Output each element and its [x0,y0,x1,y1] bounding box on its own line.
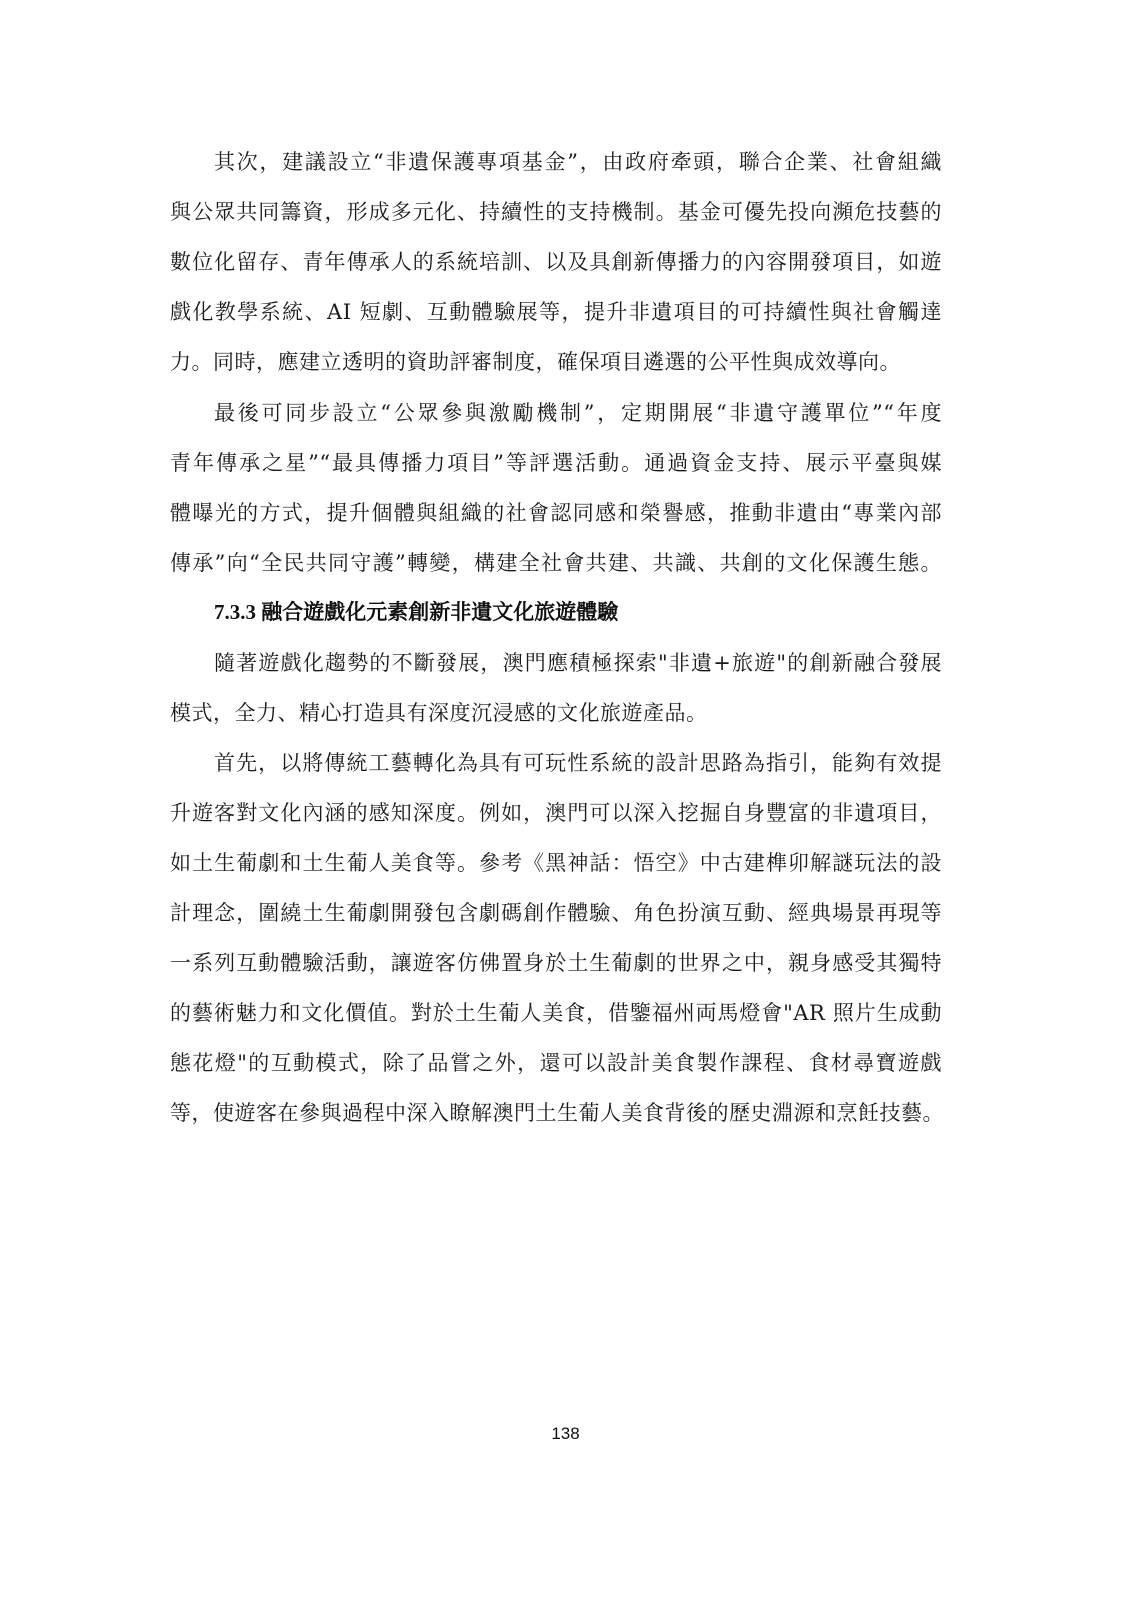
paragraph-1-line-3: 數位化留存、青年傳承人的系統培訓、以及具創新傳播力的內容開發項目，如遊 [170,247,942,277]
section-paragraph-2-line-1: 首先，以將傳統工藝轉化為具有可玩性系統的設計思路為指引，能夠有效提 [214,748,942,778]
section-paragraph-2-line-3: 如土生葡劇和土生葡人美食等。參考《黑神話：悟空》中古建榫卯解謎玩法的設 [170,848,942,878]
paragraph-1-line-2: 與公眾共同籌資，形成多元化、持續性的支持機制。基金可優先投向瀕危技藝的 [170,197,942,227]
paragraph-2-line-2: 青年傳承之星”“最具傳播力項目”等評選活動。通過資金支持、展示平臺與媒 [170,448,942,478]
paragraph-2-line-1: 最後可同步設立“公眾參與激勵機制”，定期開展“非遺守護單位”“年度 [214,398,942,428]
section-paragraph-2-line-8: 等，使遊客在參與過程中深入瞭解澳門土生葡人美食背後的歷史淵源和烹飪技藝。 [170,1098,942,1128]
paragraph-1-line-4: 戲化教學系統、AI 短劇、互動體驗展等，提升非遺項目的可持續性與社會觸達 [170,297,942,327]
section-heading: 7.3.3 融合遊戲化元素創新非遺文化旅遊體驗 [214,597,618,627]
section-paragraph-2-line-4: 計理念，圍繞土生葡劇開發包含劇碼創作體驗、角色扮演互動、經典場景再現等 [170,898,942,928]
section-paragraph-2-line-6: 的藝術魅力和文化價值。對於土生葡人美食，借鑒福州両馬燈會"AR 照片生成動 [170,998,942,1028]
section-paragraph-1-line-2: 模式，全力、精心打造具有深度沉浸感的文化旅遊產品。 [170,698,942,728]
document-page: 其次，建議設立“非遺保護專項基金”，由政府牽頭，聯合企業、社會組織 與公眾共同籌… [0,0,1131,1600]
paragraph-1-line-1: 其次，建議設立“非遺保護專項基金”，由政府牽頭，聯合企業、社會組織 [214,147,942,177]
paragraph-1-line-5: 力。同時，應建立透明的資助評審制度，確保項目遴選的公平性與成效導向。 [170,347,942,377]
section-paragraph-2-line-2: 升遊客對文化內涵的感知深度。例如，澳門可以深入挖掘自身豐富的非遺項目， [170,798,942,828]
paragraph-2-line-3: 體曝光的方式，提升個體與組織的社會認同感和榮譽感，推動非遺由“專業內部 [170,498,942,528]
section-paragraph-2-line-7: 態花燈"的互動模式，除了品嘗之外，還可以設計美食製作課程、食材尋寶遊戲 [170,1048,942,1078]
paragraph-2-line-4: 傳承”向“全民共同守護”轉變，構建全社會共建、共識、共創的文化保護生態。 [170,548,942,578]
section-paragraph-1-line-1: 隨著遊戲化趨勢的不斷發展，澳門應積極探索"非遺+旅遊"的創新融合發展 [214,648,942,678]
page-number: 138 [0,1424,1131,1444]
section-paragraph-2-line-5: 一系列互動體驗活動，讓遊客仿佛置身於土生葡劇的世界之中，親身感受其獨特 [170,948,942,978]
